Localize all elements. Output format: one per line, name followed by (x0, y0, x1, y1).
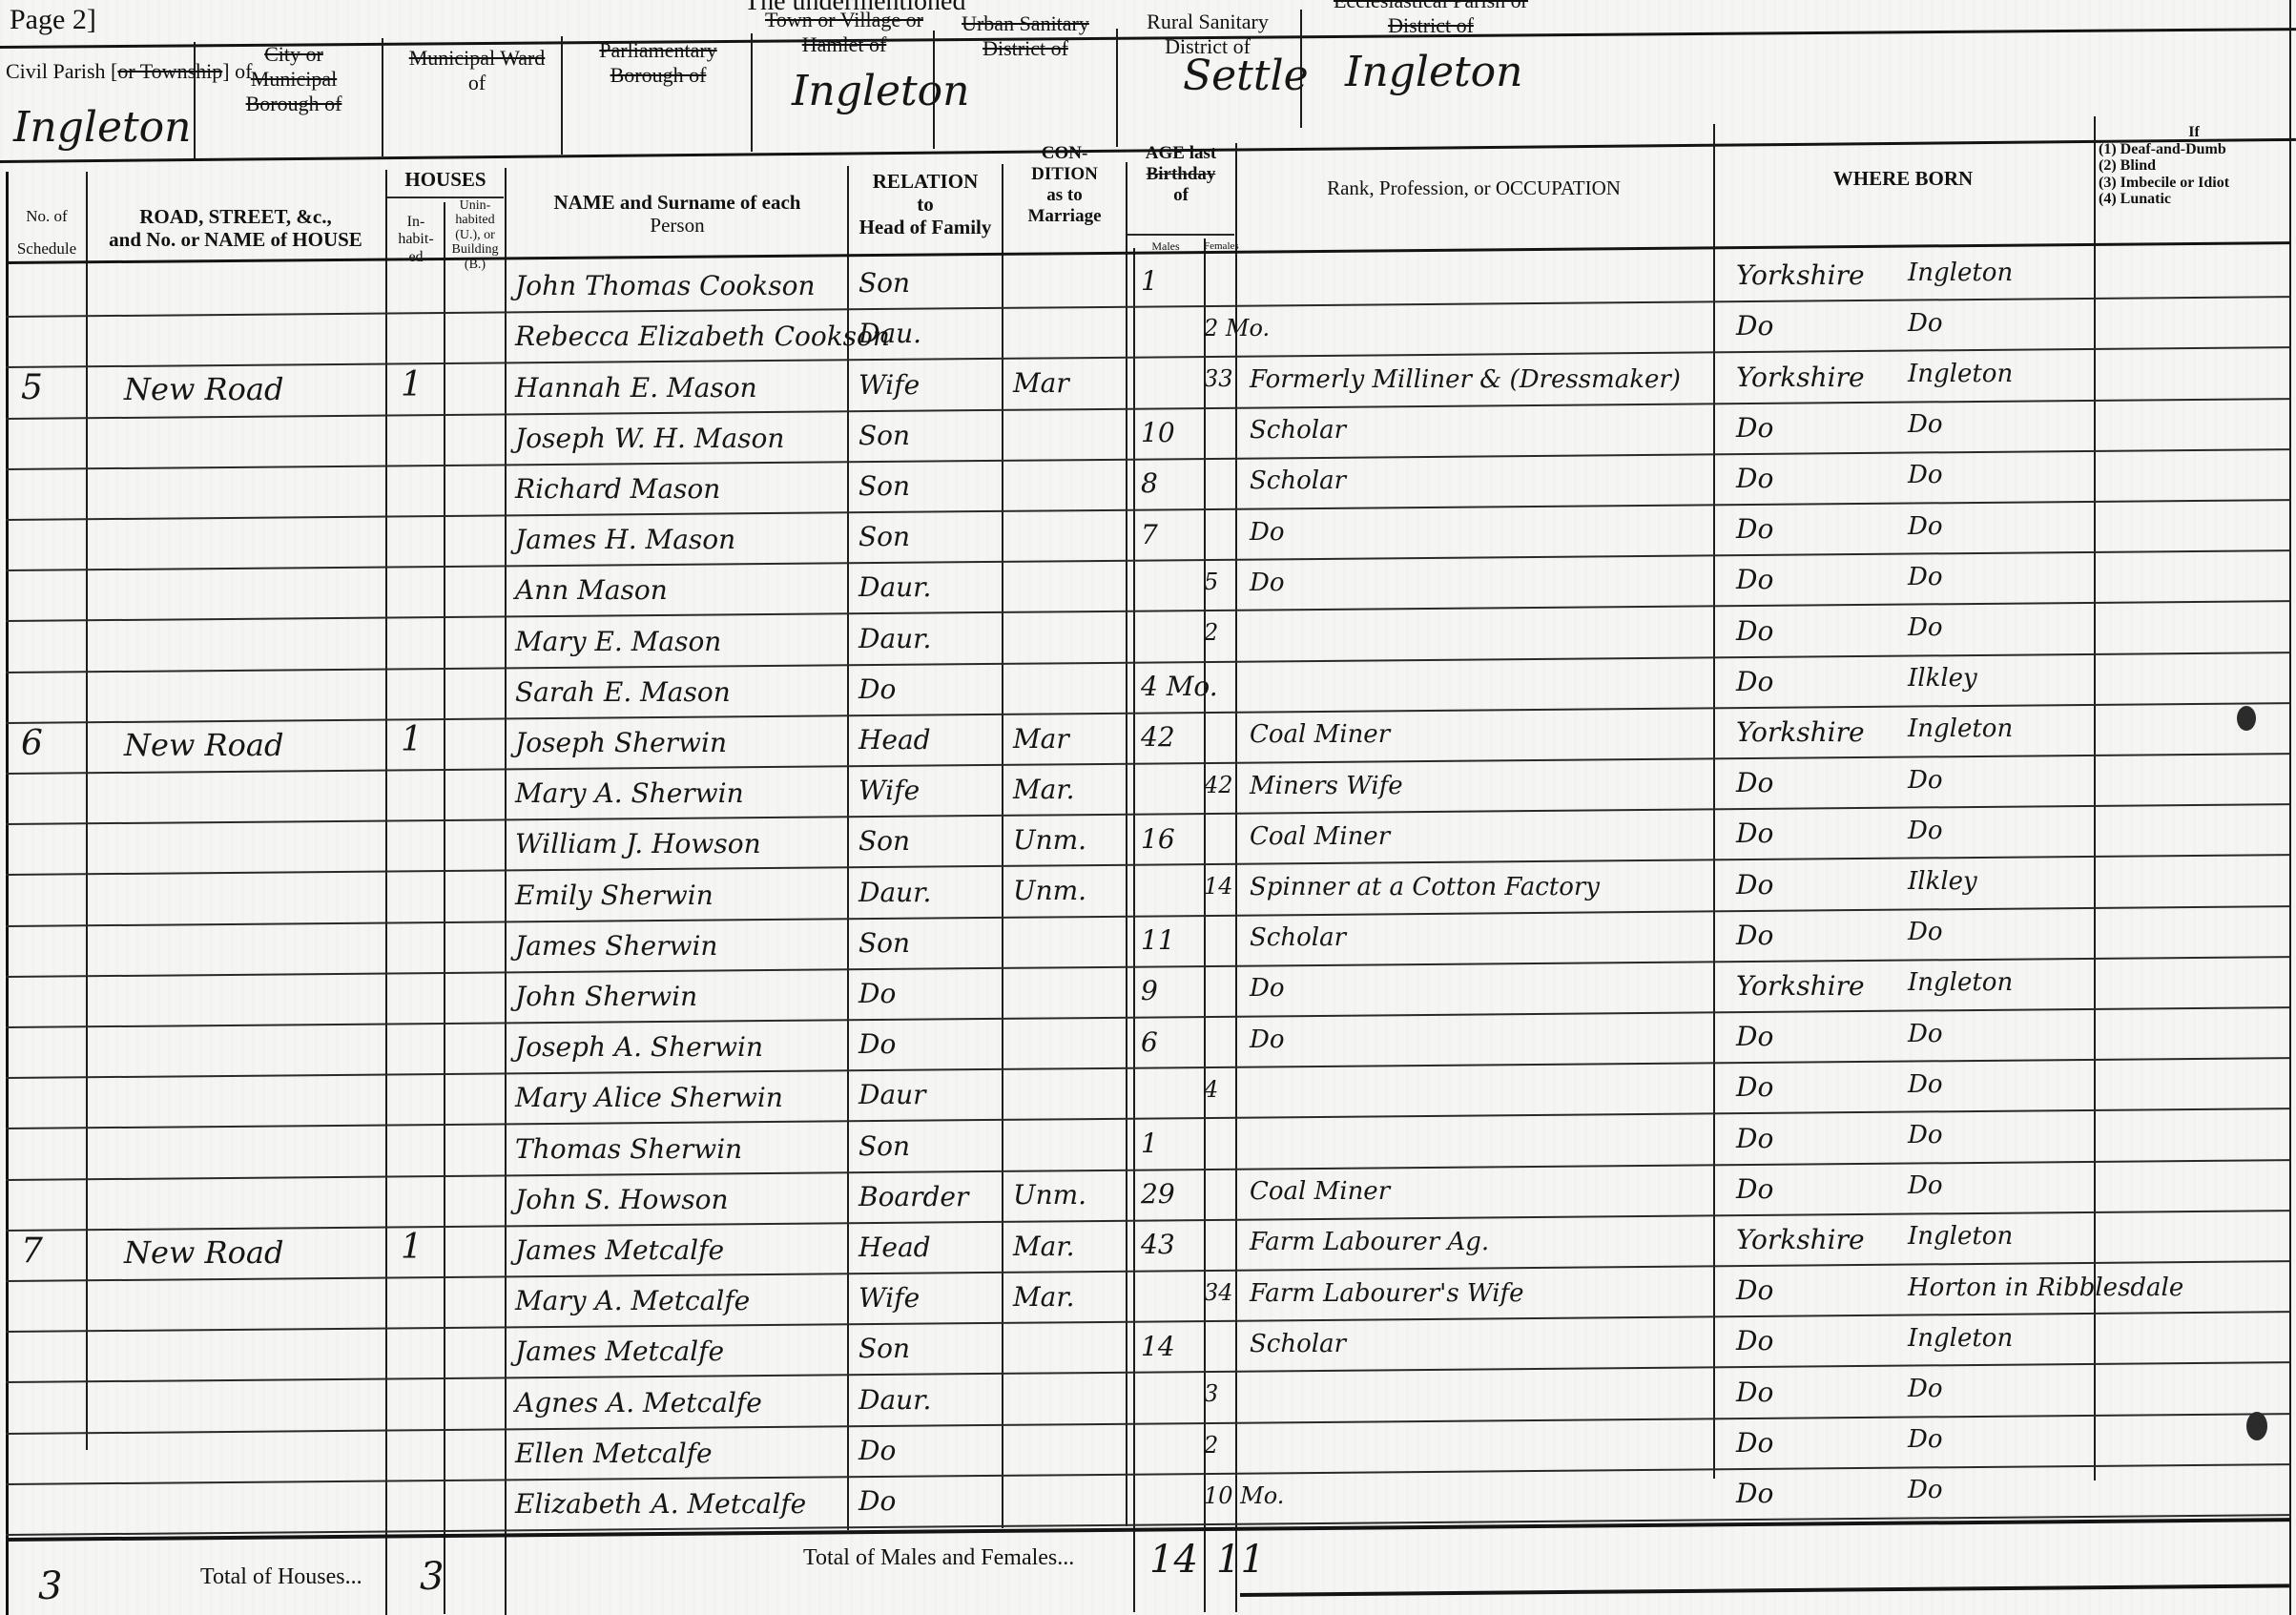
cell-born-place: Do (1908, 1476, 1943, 1504)
ink-blot (2237, 706, 2256, 731)
cell-relation: Daur. (858, 1384, 931, 1416)
cell-male-age: 10 (1141, 417, 1175, 448)
cell-born-county: Do (1736, 1173, 1773, 1205)
cell-born-place: Ingleton (1908, 360, 2013, 388)
row-divider (6, 1108, 2290, 1129)
cell-born-county: Do (1736, 1123, 1773, 1154)
cell-born-county: Do (1736, 920, 1773, 951)
cell-born-place: Do (1908, 817, 1943, 845)
cell-relation: Son (858, 1130, 910, 1162)
row-divider (6, 398, 2290, 420)
cell-road: New Road (124, 1234, 283, 1271)
cell-occupation: Scholar (1250, 466, 1346, 495)
civil-parish-value: Ingleton (13, 103, 192, 152)
cell-name: James H. Mason (515, 524, 735, 555)
municipal-ward-label: Municipal Ward of (401, 46, 553, 95)
cell-male-age: 6 (1141, 1026, 1158, 1058)
cell-born-county: Do (1736, 1071, 1773, 1103)
cell-occupation: Do (1250, 518, 1285, 547)
cell-occupation: Scholar (1250, 923, 1346, 952)
cell-name: Mary Alice Sherwin (515, 1082, 783, 1113)
row-divider (6, 296, 2290, 318)
cell-relation: Son (858, 420, 910, 451)
col-header-name: NAME and Surname of eachPerson (515, 191, 839, 237)
cell-relation: Boarder (858, 1181, 968, 1212)
table-row: 6New Road1Joseph SherwinHeadMar42Coal Mi… (0, 726, 2296, 776)
table-row: James MetcalfeSon14ScholarDoIngleton (0, 1335, 2296, 1385)
table-row: James H. MasonSon7DoDoDo (0, 523, 2296, 573)
cell-name: Rebecca Elizabeth Cookson (515, 321, 890, 352)
row-divider (6, 600, 2290, 622)
cell-relation: Do (858, 978, 896, 1009)
cell-born-county: Yorkshire (1736, 716, 1865, 748)
cell-occupation: Miners Wife (1250, 772, 1403, 800)
row-divider (6, 1057, 2290, 1079)
cell-male-age: 16 (1141, 823, 1175, 855)
row-divider (6, 1361, 2290, 1383)
cell-occupation: Scholar (1250, 1330, 1346, 1358)
cell-condition: Mar. (1013, 1281, 1075, 1313)
cell-born-county: Do (1736, 310, 1773, 342)
cell-female-age: 33 (1204, 365, 1233, 392)
table-row: Ellen MetcalfeDo2DoDo (0, 1437, 2296, 1487)
cell-relation: Son (858, 1333, 910, 1364)
table-row: Mary Alice SherwinDaur4DoDo (0, 1081, 2296, 1131)
row-divider (6, 1159, 2290, 1181)
cell-relation: Son (858, 825, 910, 857)
col-header-condition: CON-DITIONas toMarriage (1003, 143, 1126, 226)
row-divider (6, 1463, 2290, 1485)
cell-occupation: Coal Miner (1250, 720, 1390, 749)
cell-condition: Mar. (1013, 1231, 1075, 1262)
cell-name: James Sherwin (515, 930, 717, 962)
ink-blot (2246, 1412, 2267, 1440)
cell-born-place: Do (1908, 461, 1943, 489)
cell-male-age: 29 (1141, 1178, 1175, 1210)
cell-relation: Son (858, 470, 910, 502)
cell-born-county: Do (1736, 869, 1773, 901)
cell-relation: Daur. (858, 571, 931, 603)
cell-born-place: Do (1908, 1171, 1943, 1200)
table-row: Ann MasonDaur.5DoDoDo (0, 573, 2296, 624)
cell-name: Thomas Sherwin (515, 1133, 742, 1165)
civil-parish-label: Civil Parish [or Township] of (6, 59, 252, 84)
cell-born-place: Do (1908, 766, 1943, 795)
cell-name: Ellen Metcalfe (515, 1438, 713, 1469)
cell-male-age: 1 (1141, 1128, 1158, 1159)
cell-relation: Do (858, 1435, 896, 1466)
total-females-value: 11 (1216, 1538, 1265, 1582)
cell-name: Richard Mason (515, 473, 720, 505)
row-divider (6, 753, 2290, 775)
cell-occupation: Scholar (1250, 416, 1346, 445)
total-males-value: 14 (1149, 1538, 1198, 1582)
row-divider (6, 1006, 2290, 1028)
cell-condition: Mar (1013, 367, 1069, 399)
row-divider (6, 448, 2290, 470)
cell-born-place: Do (1908, 410, 1943, 439)
cell-born-place: Ilkley (1908, 867, 1977, 896)
cell-occupation: Spinner at a Cotton Factory (1250, 873, 1600, 901)
cell-schedule: 6 (21, 724, 43, 763)
cell-born-county: Do (1736, 615, 1773, 647)
town-village-value: Ingleton (792, 67, 970, 115)
cell-born-county: Do (1736, 1274, 1773, 1306)
cell-relation: Dau. (858, 318, 921, 349)
divider (1127, 234, 1234, 236)
cell-relation: Do (858, 1485, 896, 1517)
cell-male-age: 14 (1141, 1331, 1175, 1362)
cell-male-age: 11 (1141, 924, 1175, 956)
cell-relation: Head (858, 724, 931, 756)
col-header-relation: RELATIONtoHead of Family (849, 170, 1002, 238)
cell-occupation: Coal Miner (1250, 1177, 1390, 1206)
cell-relation: Son (858, 927, 910, 959)
cell-female-age: 4 (1204, 1076, 1218, 1103)
cell-born-place: Do (1908, 1121, 1943, 1149)
table-row: Joseph A. SherwinDo6DoDoDo (0, 1030, 2296, 1081)
total-houses-label: Total of Houses... (200, 1564, 362, 1590)
cell-female-age: 5 (1204, 569, 1218, 595)
cell-name: John Thomas Cookson (515, 270, 816, 301)
cell-born-county: Do (1736, 818, 1773, 849)
col-header-uninhabited: Unin-habited(U.), orBuilding(B.) (445, 198, 505, 272)
cell-born-place: Ingleton (1908, 1324, 2013, 1353)
cell-born-county: Yorkshire (1736, 259, 1865, 291)
cell-occupation: Farm Labourer's Wife (1250, 1279, 1524, 1308)
cell-name: John S. Howson (515, 1184, 729, 1215)
cell-born-county: Yorkshire (1736, 1224, 1865, 1255)
cell-condition: Mar (1013, 723, 1069, 755)
table-row: John SherwinDo9DoYorkshireIngleton (0, 980, 2296, 1030)
cell-name: James Metcalfe (515, 1335, 724, 1367)
cell-relation: Wife (858, 775, 920, 806)
cell-occupation: Do (1250, 974, 1285, 1003)
cell-occupation: Do (1250, 569, 1285, 597)
cell-born-place: Do (1908, 1020, 1943, 1048)
cell-relation: Head (858, 1232, 931, 1263)
cell-relation: Do (858, 1028, 896, 1060)
col-header-age: AGE lastBirthdayof (1127, 143, 1234, 206)
cell-born-place: Ingleton (1908, 259, 2013, 287)
cell-occupation: Do (1250, 1025, 1285, 1054)
cell-schedule: 7 (21, 1232, 43, 1271)
cell-born-place: Do (1908, 1375, 1943, 1403)
cell-inhabited: 1 (401, 365, 423, 404)
cell-relation: Son (858, 267, 910, 299)
row-divider (6, 803, 2290, 825)
cell-born-county: Do (1736, 513, 1773, 545)
cell-female-age: 34 (1204, 1279, 1233, 1306)
cell-relation: Wife (858, 369, 920, 401)
cell-name: Elizabeth A. Metcalfe (515, 1488, 806, 1520)
cell-name: Joseph W. H. Mason (515, 423, 784, 454)
table-row: Richard MasonSon8ScholarDoDo (0, 472, 2296, 523)
cell-male-age: 8 (1141, 467, 1158, 499)
table-row: Thomas SherwinSon1DoDo (0, 1131, 2296, 1182)
col-header-infirmity: If (1) Deaf-and-Dumb(2) Blind(3) Imbecil… (2099, 124, 2289, 208)
cell-name: Joseph Sherwin (515, 727, 727, 758)
cell-name: Agnes A. Metcalfe (515, 1387, 762, 1418)
cell-relation: Son (858, 521, 910, 552)
cell-schedule: 5 (21, 368, 43, 407)
row-divider (6, 1514, 2290, 1536)
divider (561, 36, 563, 155)
col-header-where-born: WHERE BORN (1717, 167, 2089, 190)
cell-relation: Wife (858, 1282, 920, 1314)
cell-inhabited: 1 (401, 720, 423, 759)
cell-born-place: Ilkley (1908, 664, 1977, 693)
cell-name: Hannah E. Mason (515, 372, 757, 404)
divider (1240, 1584, 2289, 1597)
page-label: Page 2] (10, 4, 96, 36)
col-header-road: ROAD, STREET, &c.,and No. or NAME of HOU… (88, 205, 383, 251)
col-header-houses: HOUSES (387, 168, 504, 191)
cell-relation: Daur (858, 1079, 926, 1110)
divider (751, 33, 753, 152)
cell-name: Mary A. Sherwin (515, 777, 744, 809)
cell-condition: Unm. (1013, 1179, 1086, 1211)
table-row: 5New Road1Hannah E. MasonWifeMar33Former… (0, 370, 2296, 421)
cell-born-county: Do (1736, 1021, 1773, 1052)
cell-road: New Road (124, 727, 283, 763)
table-row: John Thomas CooksonSon1YorkshireIngleton (0, 269, 2296, 320)
cell-born-place: Do (1908, 309, 1943, 338)
cell-born-county: Do (1736, 767, 1773, 798)
cell-born-place: Do (1908, 918, 1943, 946)
total-persons-label: Total of Males and Females... (803, 1545, 1074, 1571)
cell-male-age: 7 (1141, 519, 1158, 550)
cell-occupation: Farm Labourer Ag. (1250, 1228, 1489, 1256)
total-schedules-mark: 3 (38, 1564, 62, 1608)
urban-sanitary-label: Urban Sanitary District of (940, 11, 1111, 61)
cell-male-age: 4 Mo. (1141, 671, 1218, 702)
divider (382, 38, 383, 156)
cell-born-place: Do (1908, 1070, 1943, 1099)
cell-name: Mary A. Metcalfe (515, 1285, 750, 1316)
total-houses-value: 3 (420, 1555, 444, 1599)
census-page: The undermentioned Page 2] Civil Parish … (0, 0, 2296, 1615)
cell-name: Ann Mason (515, 574, 668, 606)
cell-born-place: Do (1908, 563, 1943, 591)
cell-born-place: Do (1908, 1425, 1943, 1454)
col-header-occupation: Rank, Profession, or OCCUPATION (1240, 176, 1707, 199)
cell-male-age: 43 (1141, 1229, 1175, 1260)
cell-born-county: Do (1736, 564, 1773, 595)
cell-condition: Mar. (1013, 774, 1075, 805)
cell-born-county: Do (1736, 666, 1773, 697)
cell-name: Emily Sherwin (515, 880, 714, 911)
cell-condition: Unm. (1013, 824, 1086, 856)
cell-name: James Metcalfe (515, 1234, 724, 1266)
cell-female-age: 10 Mo. (1204, 1482, 1284, 1509)
cell-born-place: Ingleton (1908, 714, 2013, 743)
cell-born-county: Do (1736, 1478, 1773, 1509)
ecclesiastical-parish-label: Ecclesiastical Parish orDistrict of (1307, 0, 1555, 38)
cell-occupation: Formerly Milliner & (Dressmaker) (1250, 365, 1681, 394)
cell-male-age: 1 (1141, 265, 1158, 297)
cell-born-place: Do (1908, 512, 1943, 541)
cell-occupation: Coal Miner (1250, 822, 1390, 851)
cell-born-county: Yorkshire (1736, 362, 1865, 393)
cell-relation: Daur. (858, 877, 931, 908)
cell-born-place: Ingleton (1908, 968, 2013, 997)
cell-name: John Sherwin (515, 981, 697, 1012)
cell-born-county: Do (1736, 463, 1773, 494)
table-row: Agnes A. MetcalfeDaur.3DoDo (0, 1385, 2296, 1436)
row-divider (6, 499, 2290, 521)
town-village-label: Town or Village orHamlet of (763, 8, 925, 57)
cell-name: Mary E. Mason (515, 626, 721, 657)
cell-inhabited: 1 (401, 1228, 423, 1267)
parliamentary-borough-label: Parliamentary Borough of (572, 38, 744, 88)
cell-name: Sarah E. Mason (515, 676, 731, 708)
cell-male-age: 42 (1141, 721, 1175, 753)
row-divider (6, 1413, 2290, 1435)
cell-condition: Unm. (1013, 875, 1086, 906)
cell-female-age: 2 Mo. (1204, 315, 1270, 342)
cell-female-age: 3 (1204, 1380, 1218, 1407)
rural-sanitary-value: Settle (1183, 52, 1309, 100)
cell-born-place: Do (1908, 613, 1943, 642)
cell-male-age: 9 (1141, 975, 1158, 1006)
cell-relation: Do (858, 673, 896, 705)
table-row: Mary A. SherwinWifeMar.42Miners WifeDoDo (0, 776, 2296, 827)
cell-born-county: Do (1736, 1377, 1773, 1408)
row-divider (6, 905, 2290, 927)
cell-born-place: Horton in Ribblesdale (1908, 1273, 2183, 1302)
cell-name: Joseph A. Sherwin (515, 1031, 763, 1063)
cell-name: William J. Howson (515, 828, 761, 859)
cell-female-age: 2 (1204, 619, 1218, 646)
ecclesiastical-parish-value: Ingleton (1345, 48, 1523, 96)
table-row: Emily SherwinDaur.Unm.14Spinner at a Cot… (0, 878, 2296, 928)
divider (1116, 29, 1118, 147)
cell-born-county: Do (1736, 1325, 1773, 1356)
cell-female-age: 14 (1204, 873, 1233, 900)
cell-female-age: 2 (1204, 1432, 1218, 1459)
cell-born-county: Yorkshire (1736, 970, 1865, 1002)
cell-born-place: Ingleton (1908, 1222, 2013, 1251)
cell-road: New Road (124, 371, 283, 407)
cell-relation: Daur. (858, 623, 931, 654)
table-row: Joseph W. H. MasonSon10ScholarDoDo (0, 422, 2296, 472)
cell-born-county: Do (1736, 1427, 1773, 1459)
col-header-schedule: No. ofSchedule (8, 200, 86, 265)
cell-born-county: Do (1736, 412, 1773, 444)
city-label: City orMunicipal Borough of (217, 42, 370, 116)
cell-female-age: 42 (1204, 772, 1233, 798)
row-divider (6, 549, 2290, 571)
